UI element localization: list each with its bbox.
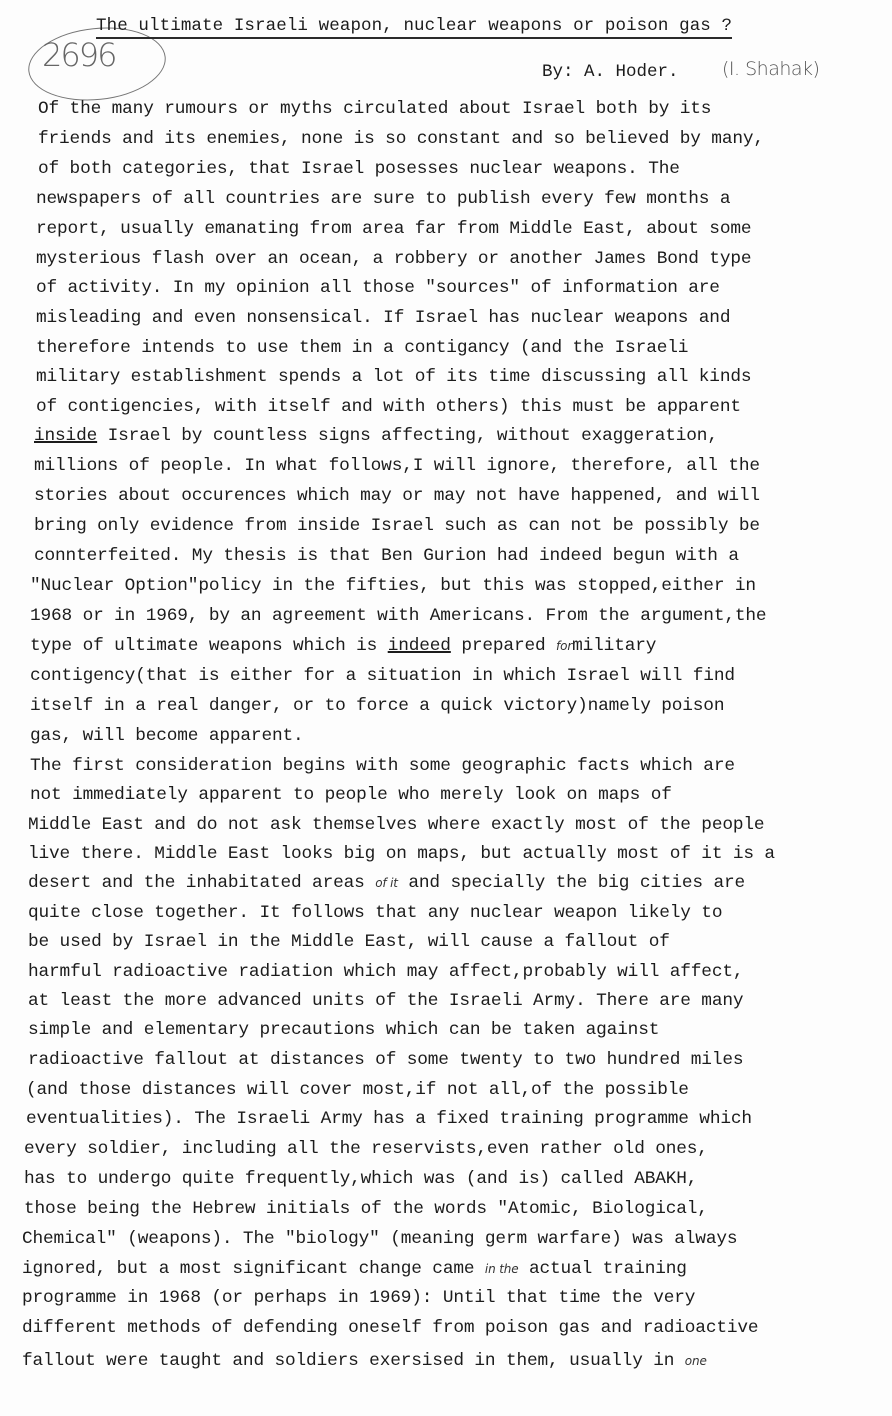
line-text: newspapers of all countries are sure to … (36, 189, 730, 209)
line-text: harmful radioactive radiation which may … (28, 962, 743, 982)
line-text: desert and the inhabitated areas (28, 873, 375, 893)
body-line: millions of people. In what follows,I wi… (34, 455, 760, 477)
body-line: Chemical" (weapons). The "biology" (mean… (22, 1228, 737, 1250)
line-text: every soldier, including all the reservi… (24, 1139, 708, 1159)
line-text: and specially the big cities are (398, 873, 745, 893)
line-text: mysterious flash over an ocean, a robber… (36, 249, 751, 269)
body-line: harmful radioactive radiation which may … (28, 961, 743, 983)
body-line: ignored, but a most significant change c… (22, 1258, 687, 1280)
line-text: actual training (518, 1259, 686, 1279)
line-text: simple and elementary precautions which … (28, 1020, 659, 1040)
line-text: millions of people. In what follows,I wi… (34, 456, 760, 476)
body-line: programme in 1968 (or perhaps in 1969): … (22, 1287, 695, 1309)
body-line: Middle East and do not ask themselves wh… (28, 814, 764, 836)
body-line: The first consideration begins with some… (30, 755, 735, 777)
document-page: 2696 The ultimate Israeli weapon, nuclea… (0, 0, 892, 1416)
body-line: itself in a real danger, or to force a q… (30, 695, 724, 717)
line-text: therefore intends to use them in a conti… (36, 338, 688, 358)
body-line: live there. Middle East looks big on map… (28, 843, 775, 865)
line-text: different methods of defending oneself f… (22, 1318, 758, 1338)
line-text: Israel by countless signs affecting, wit… (97, 426, 718, 446)
line-text: misleading and even nonsensical. If Isra… (36, 308, 730, 328)
body-line: type of ultimate weapons which is indeed… (30, 635, 656, 657)
line-text: Chemical" (weapons). The "biology" (mean… (22, 1229, 737, 1249)
body-line: radioactive fallout at distances of some… (28, 1049, 743, 1071)
line-text: those being the Hebrew initials of the w… (24, 1199, 708, 1219)
body-line: of contigencies, with itself and with ot… (36, 396, 741, 418)
handwritten-author: (I. Shahak) (722, 58, 819, 80)
body-line: newspapers of all countries are sure to … (36, 188, 730, 210)
line-text: report, usually emanating from area far … (36, 219, 751, 239)
line-text: not immediately apparent to people who m… (30, 785, 672, 805)
body-line: 1968 or in 1969, by an agreement with Am… (30, 605, 766, 627)
line-text: Middle East and do not ask themselves wh… (28, 815, 764, 835)
line-text: friends and its enemies, none is so cons… (38, 129, 764, 149)
line-text: "Nuclear Option"policy in the fifties, b… (30, 576, 756, 596)
body-line: quite close together. It follows that an… (28, 902, 722, 924)
body-line: inside Israel by countless signs affecti… (34, 425, 718, 447)
body-line: bring only evidence from inside Israel s… (34, 515, 760, 537)
handwritten-insertion: in the (485, 1262, 519, 1276)
body-line: Of the many rumours or myths circulated … (38, 98, 711, 120)
body-line: connterfeited. My thesis is that Ben Gur… (34, 545, 739, 567)
handwritten-insertion: of it (375, 876, 398, 890)
line-text: contigency(that is either for a situatio… (30, 666, 735, 686)
line-text: ignored, but a most significant change c… (22, 1259, 485, 1279)
body-line: be used by Israel in the Middle East, wi… (28, 931, 670, 953)
line-text: stories about occurences which may or ma… (34, 486, 760, 506)
line-text: fallout were taught and soldiers exersis… (22, 1351, 685, 1371)
underlined-word: indeed (388, 636, 451, 656)
handwritten-insertion: for (556, 639, 572, 653)
body-line: stories about occurences which may or ma… (34, 485, 760, 507)
body-line: military establishment spends a lot of i… (36, 366, 751, 388)
line-text: radioactive fallout at distances of some… (28, 1050, 743, 1070)
line-text: military (572, 636, 656, 656)
line-text: bring only evidence from inside Israel s… (34, 516, 760, 536)
body-line: fallout were taught and soldiers exersis… (22, 1350, 707, 1372)
body-line: every soldier, including all the reservi… (24, 1138, 708, 1160)
line-text: be used by Israel in the Middle East, wi… (28, 932, 670, 952)
line-text: live there. Middle East looks big on map… (28, 844, 775, 864)
body-line: gas, will become apparent. (30, 725, 304, 747)
line-text: prepared (451, 636, 556, 656)
byline: By: A. Hoder. (542, 62, 679, 82)
body-line: "Nuclear Option"policy in the fifties, b… (30, 575, 756, 597)
body-line: misleading and even nonsensical. If Isra… (36, 307, 730, 329)
body-line: different methods of defending oneself f… (22, 1317, 758, 1339)
body-line: eventualities). The Israeli Army has a f… (26, 1108, 752, 1130)
body-line: of activity. In my opinion all those "so… (36, 277, 720, 299)
line-text: itself in a real danger, or to force a q… (30, 696, 724, 716)
line-text: programme in 1968 (or perhaps in 1969): … (22, 1288, 695, 1308)
body-line: not immediately apparent to people who m… (30, 784, 672, 806)
body-line: at least the more advanced units of the … (28, 990, 743, 1012)
body-line: contigency(that is either for a situatio… (30, 665, 735, 687)
body-line: of both categories, that Israel posesses… (38, 158, 680, 180)
body-line: those being the Hebrew initials of the w… (24, 1198, 708, 1220)
underlined-word: inside (34, 426, 97, 446)
handwritten-insertion: one (685, 1354, 707, 1368)
body-line: simple and elementary precautions which … (28, 1019, 659, 1041)
line-text: Of the many rumours or myths circulated … (38, 99, 711, 119)
archive-number: 2696 (42, 36, 115, 74)
body-line: has to undergo quite frequently,which wa… (24, 1168, 697, 1190)
body-line: therefore intends to use them in a conti… (36, 337, 688, 359)
document-title: The ultimate Israeli weapon, nuclear wea… (96, 16, 732, 39)
line-text: type of ultimate weapons which is (30, 636, 388, 656)
line-text: at least the more advanced units of the … (28, 991, 743, 1011)
body-line: desert and the inhabitated areas of it a… (28, 872, 745, 894)
body-line: report, usually emanating from area far … (36, 218, 751, 240)
body-line: (and those distances will cover most,if … (26, 1079, 689, 1101)
line-text: quite close together. It follows that an… (28, 903, 722, 923)
line-text: 1968 or in 1969, by an agreement with Am… (30, 606, 766, 626)
line-text: connterfeited. My thesis is that Ben Gur… (34, 546, 739, 566)
line-text: military establishment spends a lot of i… (36, 367, 751, 387)
line-text: of activity. In my opinion all those "so… (36, 278, 720, 298)
line-text: (and those distances will cover most,if … (26, 1080, 689, 1100)
line-text: gas, will become apparent. (30, 726, 304, 746)
line-text: of contigencies, with itself and with ot… (36, 397, 741, 417)
line-text: of both categories, that Israel posesses… (38, 159, 680, 179)
line-text: eventualities). The Israeli Army has a f… (26, 1109, 752, 1129)
body-line: mysterious flash over an ocean, a robber… (36, 248, 751, 270)
line-text: has to undergo quite frequently,which wa… (24, 1169, 697, 1189)
body-line: friends and its enemies, none is so cons… (38, 128, 764, 150)
line-text: The first consideration begins with some… (30, 756, 735, 776)
